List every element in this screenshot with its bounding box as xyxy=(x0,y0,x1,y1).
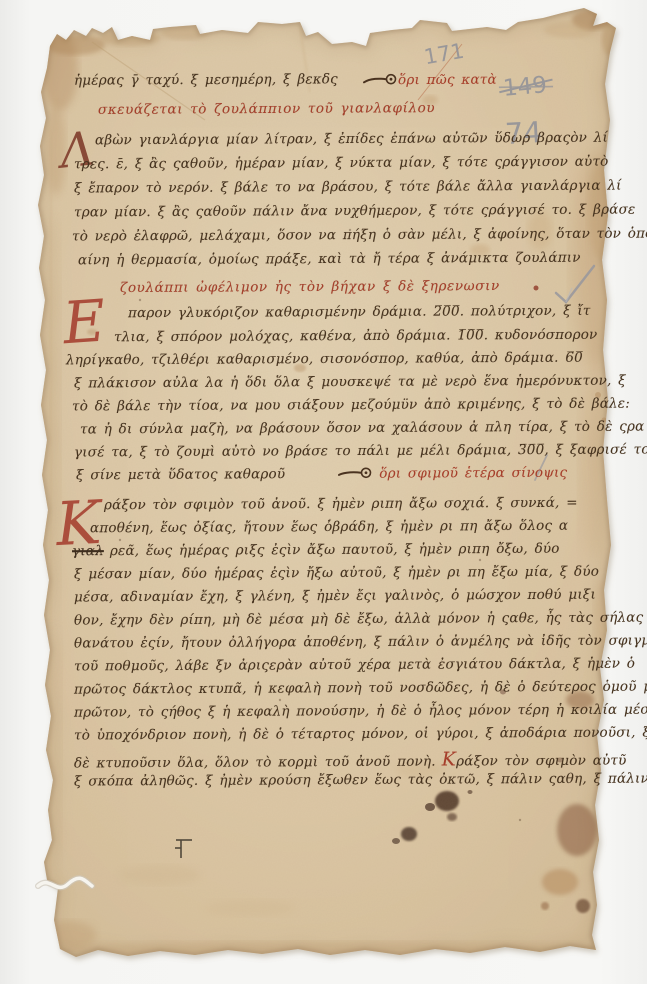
text-line-rest: ρεᾶ, ἕως ἡμέρας ριξς ἐςὶν ἄξω παυτοῦ, ξ … xyxy=(110,541,560,559)
text-line: ξ σκόπα ἀληθῶς. ξ ἠμὲν κρούση ἔξωθεν ἕως… xyxy=(74,770,647,789)
text-line: θανάτου ἐςίν, ἤτουν ὀλλήγορα ἀποθένη, ξ … xyxy=(74,632,647,651)
text-line: μέσα, αδιναμίαν ἔχη, ξ γλένη, ξ ἠμὲν ἔςι… xyxy=(74,587,596,606)
text-line: τραν μίαν. ξ ἂς ςαθοῦν πάλιν ἄνα νυχθήμε… xyxy=(74,202,635,221)
header-marginal-note: ὅρι πῶς κατὰ xyxy=(362,72,497,89)
text-line: ληρίγκαθο, τζιλθέρι καθαρισμένο, σισονόσ… xyxy=(66,350,583,369)
line12-after: ράξον τὸν σφιμὸν αὐτῦ xyxy=(456,753,626,770)
rubric-recipe2: ζουλάππι ὠφέλιμον ἠς τὸν βήχαν ξ δὲ ξηρε… xyxy=(120,278,500,296)
text-line: ξ μέσαν μίαν, δύο ἡμέρας ἐςὶν ἤξω αὐτοῦ,… xyxy=(74,564,599,583)
text-line: τὸ ὑποχόνδριον πονὴ, ἠ δὲ ὁ τέταρτος μόν… xyxy=(74,724,647,743)
text-line: αποθένη, ἕως ὀξίας, ἤτουν ἕως ὀβράδη, ξ … xyxy=(90,518,568,537)
paraph-icon xyxy=(337,466,373,480)
text-line-with-rubric: ξ σίνε μετὰ ὕδατος καθαροῦ ὅρι σφιμοῦ ἑτ… xyxy=(76,465,567,484)
struck-word: γιαλ xyxy=(72,543,104,559)
text-line: τὸ νερὸ ἐλαφρῶ, μελάχαμι, ὅσον να πήξη ὁ… xyxy=(72,225,647,244)
text-line: ράξον τὸν σφιμὸν τοῦ ἀνοῦ. ξ ἠμὲν ριπη ἄ… xyxy=(104,495,578,514)
text-line: ξ πλάκισον αὐλα λα ἠ ὅδι ὅλα ξ μουσκεψέ … xyxy=(74,373,626,392)
initial-epsilon: Ε xyxy=(61,292,107,353)
text-line: πρῶτον, τὸ ςήθος ξ ἡ κεφαλὴ πονούσην, ἠ … xyxy=(74,701,647,720)
text-line: θον, ἔχην δὲν ρίπη, μὴ δὲ μέσα μὴ δὲ ἔξω… xyxy=(74,609,647,628)
pencil-number-top: 171 xyxy=(422,39,466,70)
manuscript-scan: ἡμέρας γ̄ ταχύ. ξ μεσημέρη, ξ βεκδς ὅρι … xyxy=(0,0,647,984)
inline-initial-kappa: Κ xyxy=(442,748,457,770)
pencil-number-struck: 149 xyxy=(502,72,548,102)
text-line: τὸ δὲ βάλε τὴν τίοα, να μου σιάξουν μεζο… xyxy=(72,396,630,415)
paraph-icon xyxy=(362,72,398,86)
paragraph2-closing-text: ξ σίνε μετὰ ὕδατος καθαροῦ xyxy=(76,466,285,483)
text-line: τοῦ ποθμοῦς, λάβε ξν ἀριςερὰν αὐτοῦ χέρα… xyxy=(74,656,635,675)
line12-before: δὲ κτυποῦσιν ὅλα, ὅλον τὸ κορμὶ τοῦ ἀνοῦ… xyxy=(74,754,436,772)
text-line: αίνη ἡ θερμασία, ὁμοίως πράξε, καὶ τὰ ἤ … xyxy=(78,250,581,269)
text-line: πρῶτος δάκτλος κτυπᾶ, ἡ κεφαλὴ πονὴ τοῦ … xyxy=(74,678,647,697)
marginal-note-text: ὅρι πῶς κατὰ xyxy=(398,72,497,89)
text-line: τλια, ξ σπόρον μολόχας, καθένα, ἀπὸ δράμ… xyxy=(114,327,598,346)
manuscript-text: ἡμέρας γ̄ ταχύ. ξ μεσημέρη, ξ βεκδς ὅρι … xyxy=(0,0,647,984)
text-line: τα ἠ δι σύνλα μαζὴ, να βράσουν ὅσον να χ… xyxy=(80,419,645,438)
text-line-with-strikeout: γιαλρεᾶ, ἕως ἡμέρας ριξς ἐςὶν ἄξω παυτοῦ… xyxy=(72,541,560,560)
header-opening-line: ἡμέρας γ̄ ταχύ. ξ μεσημέρη, ξ βεκδς xyxy=(74,71,338,89)
rubric-pulse-section: ὅρι σφιμοῦ ἑτέρα σίνοψις xyxy=(379,465,567,482)
rubric-recipe1: σκευάζεται τὸ ζουλάππιον τοῦ γιανλαφίλου xyxy=(98,100,435,118)
text-line: τρες. ε̄, ξ ἂς ςαθοῦν, ἡμέραν μίαν, ξ νύ… xyxy=(74,154,609,173)
text-line-with-inline-initial: δὲ κτυποῦσιν ὅλα, ὅλον τὸ κορμὶ τοῦ ἀνοῦ… xyxy=(74,748,627,774)
text-line: γισέ τα, ξ τὸ ζουμὶ αὐτὸ νο βράσε το πάλ… xyxy=(74,441,647,460)
text-line: αβὼν γιανλάργια μίαν λίτραν, ξ ἐπίδες ἐπ… xyxy=(95,130,608,149)
text-line: παρον γλυκόριζον καθαρισμένην δράμια. 2̅… xyxy=(128,303,591,322)
text-line: ξ ἔπαρον τὸ νερόν. ξ βάλε το να βράσου, … xyxy=(74,178,622,197)
